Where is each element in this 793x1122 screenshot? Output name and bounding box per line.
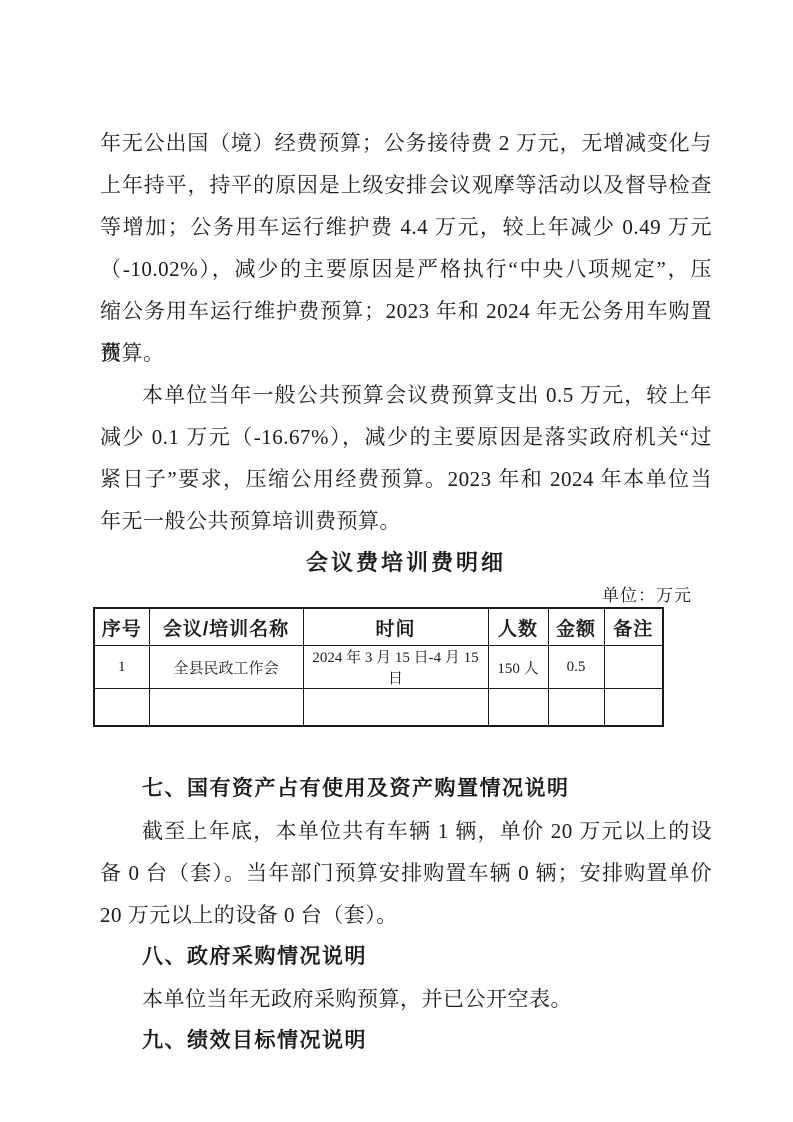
table-row — [94, 689, 663, 727]
body-line: 紧日子”要求，压缩公用经费预算。2023 年和 2024 年本单位当 — [100, 458, 712, 500]
header-seq: 序号 — [94, 608, 149, 646]
body-line: 20 万元以上的设备 0 台（套）。 — [100, 894, 712, 936]
section-state-assets: 七、国有资产占有使用及资产购置情况说明 截至上年底，本单位共有车辆 1 辆，单价… — [100, 768, 712, 936]
spacer — [100, 727, 712, 768]
unit-note: 单位：万元 — [100, 584, 712, 607]
table-header-row: 序号 会议/培训名称 时间 人数 金额 备注 — [94, 608, 663, 646]
cell-meeting-name: 全县民政工作会 — [149, 646, 303, 689]
meeting-training-detail-table: 序号 会议/培训名称 时间 人数 金额 备注 1 全县民政工作会 2024 年 … — [93, 607, 664, 727]
body-line: 备 0 台（套）。当年部门预算安排购置车辆 0 辆；安排购置单价 — [100, 852, 712, 894]
header-amount: 金额 — [548, 608, 604, 646]
header-people-count: 人数 — [488, 608, 548, 646]
section-government-procurement: 八、政府采购情况说明 本单位当年无政府采购预算，并已公开空表。 — [100, 936, 712, 1020]
body-line: 本单位当年无政府采购预算，并已公开空表。 — [100, 978, 712, 1020]
cell-remark — [604, 646, 663, 689]
paragraph-meeting-fee: 本单位当年一般公共预算会议费预算支出 0.5 万元，较上年 减少 0.1 万元（… — [100, 374, 712, 542]
cell-time — [303, 689, 488, 727]
body-line: 截至上年底，本单位共有车辆 1 辆，单价 20 万元以上的设 — [100, 810, 712, 852]
header-meeting-name: 会议/培训名称 — [149, 608, 303, 646]
body-line: （-10.02%），减少的主要原因是严格执行“中央八项规定”，压 — [100, 248, 712, 290]
body-line: 缩公务用车运行维护费预算；2023 年和 2024 年无公务用车购置费 — [100, 290, 712, 332]
header-time: 时间 — [303, 608, 488, 646]
paragraph-expense-explanation: 年无公出国（境）经费预算；公务接待费 2 万元，无增减变化与 上年持平，持平的原… — [100, 122, 712, 374]
cell-remark — [604, 689, 663, 727]
section-heading: 七、国有资产占有使用及资产购置情况说明 — [100, 768, 712, 810]
section-performance-targets: 九、绩效目标情况说明 — [100, 1020, 712, 1062]
cell-amount — [548, 689, 604, 727]
body-line: 上年持平，持平的原因是上级安排会议观摩等活动以及督导检查 — [100, 164, 712, 206]
table-title: 会议费培训费明细 — [100, 542, 712, 584]
body-line: 减少 0.1 万元（-16.67%），减少的主要原因是落实政府机关“过 — [100, 416, 712, 458]
body-line: 预算。 — [100, 332, 712, 374]
cell-time: 2024 年 3 月 15 日-4 月 15 日 — [303, 646, 488, 689]
table-row: 1 全县民政工作会 2024 年 3 月 15 日-4 月 15 日 150 人… — [94, 646, 663, 689]
cell-seq — [94, 689, 149, 727]
body-line: 年无一般公共预算培训费预算。 — [100, 500, 712, 542]
body-line: 年无公出国（境）经费预算；公务接待费 2 万元，无增减变化与 — [100, 122, 712, 164]
page-content: 年无公出国（境）经费预算；公务接待费 2 万元，无增减变化与 上年持平，持平的原… — [100, 122, 712, 1062]
document-page: { "doc": { "paragraph1_lines": [ "年无公出国（… — [0, 0, 793, 1122]
cell-meeting-name — [149, 689, 303, 727]
header-remark: 备注 — [604, 608, 663, 646]
cell-seq: 1 — [94, 646, 149, 689]
body-line: 等增加；公务用车运行维护费 4.4 万元，较上年减少 0.49 万元 — [100, 206, 712, 248]
cell-people-count: 150 人 — [488, 646, 548, 689]
body-line: 本单位当年一般公共预算会议费预算支出 0.5 万元，较上年 — [100, 374, 712, 416]
cell-amount: 0.5 — [548, 646, 604, 689]
cell-people-count — [488, 689, 548, 727]
section-heading: 八、政府采购情况说明 — [100, 936, 712, 978]
section-heading: 九、绩效目标情况说明 — [100, 1020, 712, 1062]
